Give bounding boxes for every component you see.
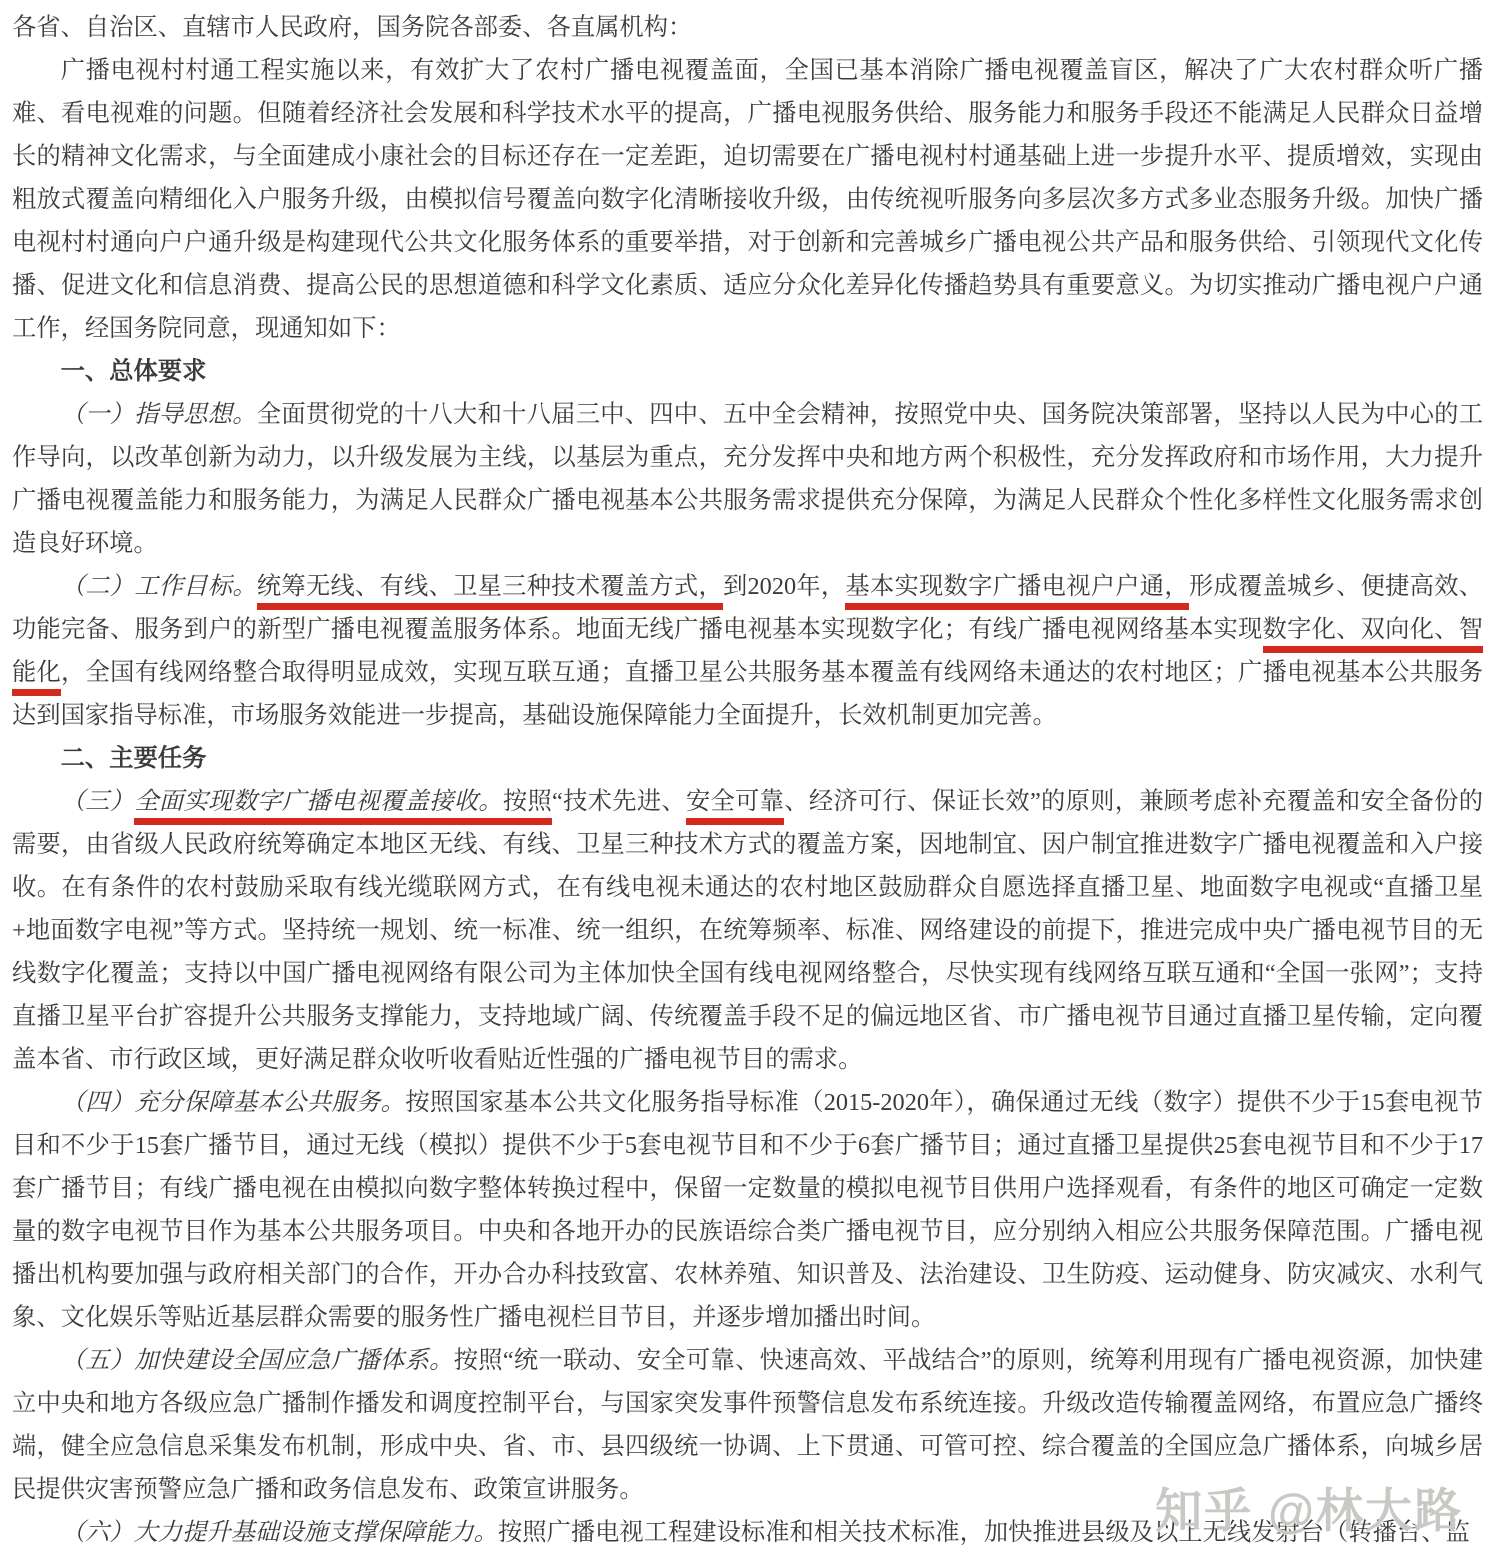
para-guiding-ideology: （一）指导思想。全面贯彻党的十八大和十八届三中、四中、五中全会精神，按照党中央、… [12, 393, 1483, 565]
zhihu-watermark: 知乎 @林大路 [1155, 1474, 1463, 1541]
para-4-lead: （四）充分保障基本公共服务。 [61, 1089, 406, 1116]
red-underline-phrase-6: 安全可靠 [686, 788, 784, 825]
para-2-lead: （二）工作目标。 [61, 573, 257, 600]
para-3-text-1: “技术先进、 [552, 788, 686, 815]
red-underline-phrase-2: 基本实现数字广播电视户户通， [845, 573, 1188, 610]
para-digital-coverage: （三）全面实现数字广播电视覆盖接收。按照“技术先进、安全可靠、经济可行、保证长效… [12, 780, 1483, 1081]
section-heading-main-tasks: 二、主要任务 [12, 737, 1483, 780]
para-2-text-3: ，全国有线网络整合取得明显成效，实现互联互通；直播卫星公共服务基本覆盖有线网络未… [12, 659, 1483, 729]
para-2-text-1: 到2020年， [723, 573, 845, 600]
para-3-text-2: 、经济可行、保证长效”的原则，兼顾考虑补充覆盖和安全备份的需要，由省级人民政府统… [12, 788, 1483, 1073]
red-underline-phrase-4: 全面实现数字广播电视覆盖接收。 [134, 788, 503, 825]
section-heading-overall-requirements: 一、总体要求 [12, 350, 1483, 393]
intro-paragraph: 广播电视村村通工程实施以来，有效扩大了农村广播电视覆盖面，全国已基本消除广播电视… [12, 49, 1483, 350]
para-5-lead: （五）加快建设全国应急广播体系。 [61, 1347, 454, 1374]
para-6-lead: （六）大力提升基础设施支撑保障能力。 [61, 1519, 498, 1546]
red-underline-phrase-1: 统筹无线、有线、卫星三种技术覆盖方式， [257, 573, 723, 610]
para-work-goals: （二）工作目标。统筹无线、有线、卫星三种技术覆盖方式，到2020年，基本实现数字… [12, 565, 1483, 737]
para-1-lead: （一）指导思想。 [61, 401, 257, 428]
notice-document: 各省、自治区、直辖市人民政府，国务院各部委、各直属机构： 广播电视村村通工程实施… [0, 0, 1495, 1554]
para-4-body: 按照国家基本公共文化服务指导标准（2015-2020年），确保通过无线（数字）提… [12, 1089, 1483, 1331]
salutation: 各省、自治区、直辖市人民政府，国务院各部委、各直属机构： [12, 6, 1483, 49]
red-underline-phrase-5: 按照 [503, 788, 552, 825]
para-3-label: （三） [61, 788, 135, 815]
para-basic-public-services: （四）充分保障基本公共服务。按照国家基本公共文化服务指导标准（2015-2020… [12, 1081, 1483, 1339]
